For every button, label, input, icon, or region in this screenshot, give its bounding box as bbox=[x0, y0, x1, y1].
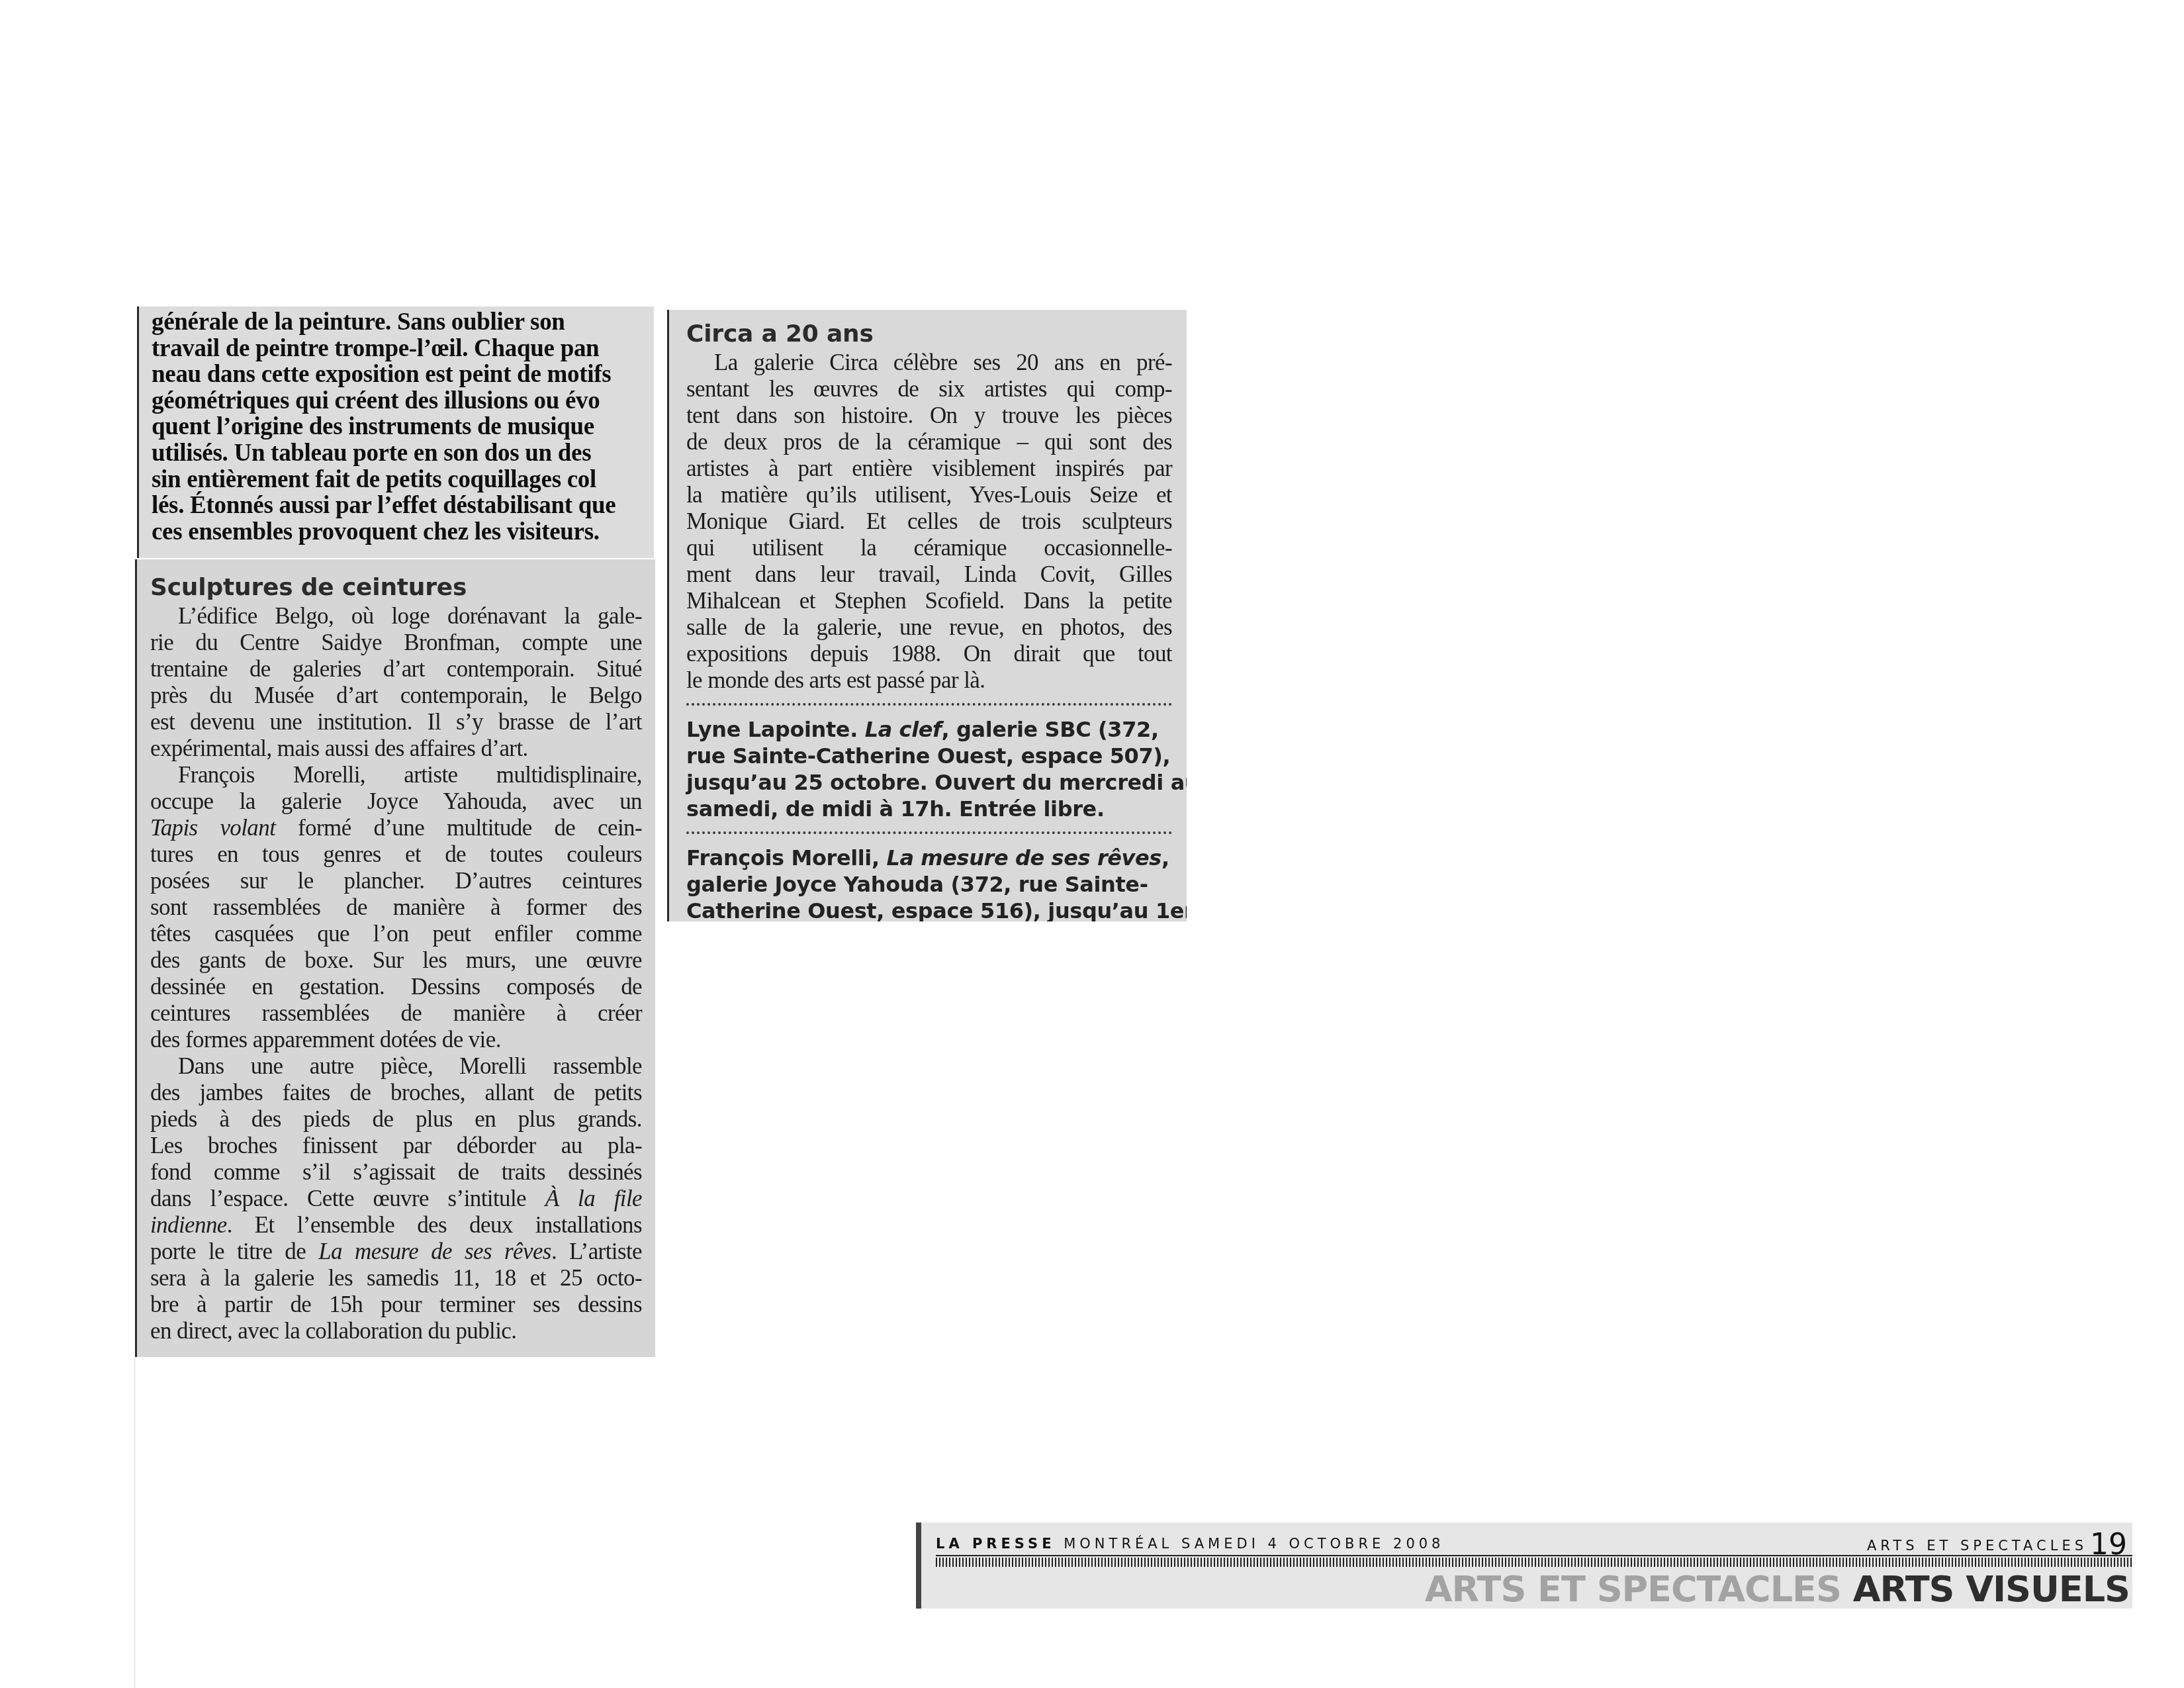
text-line: Mihalcean et Stephen Scofield. Dans la p… bbox=[686, 588, 1172, 614]
page-margin-line bbox=[134, 1357, 135, 1688]
listing-lyne-lapointe: Lyne Lapointe. La clef, galerie SBC (372… bbox=[686, 716, 1172, 822]
text-line: ceintures rassemblées de manière à créer bbox=[150, 1000, 642, 1027]
text-line: quent l’origine des instruments de musiq… bbox=[152, 414, 654, 440]
section-title-grey: ARTS ET SPECTACLES bbox=[1425, 1568, 1841, 1609]
text-line: en direct, avec la collaboration du publ… bbox=[150, 1318, 642, 1344]
text-line: expérimental, mais aussi des affaires d’… bbox=[150, 735, 642, 762]
newspaper-section-header: LA PRESSE MONTRÉAL SAMEDI 4 OCTOBRE 2008… bbox=[916, 1523, 2132, 1609]
text-line: la matière qu’ils utilisent, Yves-Louis … bbox=[686, 482, 1172, 508]
text-line: tent dans son histoire. On y trouve les … bbox=[686, 402, 1172, 429]
text-line: ment dans leur travail, Linda Covit, Gil… bbox=[686, 561, 1172, 588]
section-title-dark: ARTS VISUELS bbox=[1853, 1568, 2130, 1609]
artwork-title: À la file bbox=[545, 1186, 642, 1211]
artwork-title: La mesure de ses rêves bbox=[886, 845, 1161, 870]
text-line: rie du Centre Saidye Bronfman, compte un… bbox=[150, 630, 642, 656]
text-line: sera à la galerie les samedis 11, 18 et … bbox=[150, 1265, 642, 1291]
text-line: artistes à part entière visiblement insp… bbox=[686, 455, 1172, 482]
text-line: travail de peintre trompe-l’œil. Chaque … bbox=[152, 336, 654, 362]
page-number: 19 bbox=[2090, 1528, 2127, 1562]
text-line: des gants de boxe. Sur les murs, une œuv… bbox=[150, 947, 642, 974]
text-line: de deux pros de la céramique – qui sont … bbox=[686, 429, 1172, 455]
article-clipping-sculptures: Sculptures de ceintures L’édifice Belgo,… bbox=[135, 559, 655, 1357]
text-line: lés. Étonnés aussi par l’effet déstabili… bbox=[152, 492, 654, 519]
text-line: trentaine de galeries d’art contemporain… bbox=[150, 656, 642, 682]
section-title: ARTS ET SPECTACLES ARTS VISUELS bbox=[1425, 1570, 2130, 1609]
artwork-title: Tapis volant bbox=[150, 815, 275, 841]
text-line: des formes apparemment dotées de vie. bbox=[150, 1027, 642, 1053]
text-line: Tapis volant formé d’une multitude de ce… bbox=[150, 815, 642, 841]
text-line: têtes casquées que l’on peut enfiler com… bbox=[150, 921, 642, 947]
text-line: bre à partir de 15h pour terminer ses de… bbox=[150, 1291, 642, 1318]
section-label: ARTS ET SPECTACLES19 bbox=[1867, 1528, 2127, 1562]
masthead-dateline: LA PRESSE MONTRÉAL SAMEDI 4 OCTOBRE 2008 bbox=[936, 1536, 1444, 1552]
text-line: L’édifice Belgo, où loge dorénavant la g… bbox=[150, 603, 642, 630]
article-clipping-painting: générale de la peinture. Sans oublier so… bbox=[137, 306, 654, 558]
text-line: géométriques qui créent des illusions ou… bbox=[152, 388, 654, 414]
text-line: ces ensembles provoquent chez les visite… bbox=[152, 519, 654, 545]
text-line: sentant les œuvres de six artistes qui c… bbox=[686, 376, 1172, 402]
text-line: près du Musée d’art contemporain, le Bel… bbox=[150, 682, 642, 709]
artwork-title: La mesure de ses rêves bbox=[318, 1239, 551, 1264]
text-line: dessinée en gestation. Dessins composés … bbox=[150, 974, 642, 1000]
text-line: François Morelli, La mesure de ses rêves… bbox=[686, 845, 1172, 871]
listing-francois-morelli: François Morelli, La mesure de ses rêves… bbox=[686, 845, 1172, 921]
text-line: Dans une autre pièce, Morelli rassemble bbox=[150, 1053, 642, 1080]
text-line: galerie Joyce Yahouda (372, rue Sainte- bbox=[686, 871, 1172, 898]
text-line: tures en tous genres et de toutes couleu… bbox=[150, 841, 642, 868]
text-line: indienne. Et l’ensemble des deux install… bbox=[150, 1212, 642, 1239]
horizontal-rule bbox=[936, 1555, 2132, 1556]
text-line: posées sur le plancher. D’autres ceintur… bbox=[150, 868, 642, 894]
text-line: des jambes faites de broches, allant de … bbox=[150, 1080, 642, 1106]
text-line: utilisés. Un tableau porte en son dos un… bbox=[152, 440, 654, 467]
text-line: neau dans cette exposition est peint de … bbox=[152, 361, 654, 388]
text-line: Les broches finissent par déborder au pl… bbox=[150, 1133, 642, 1159]
text-line: est devenu une institution. Il s’y brass… bbox=[150, 709, 642, 735]
text-line: samedi, de midi à 17h. Entrée libre. bbox=[686, 796, 1172, 822]
newspaper-name: LA PRESSE bbox=[936, 1536, 1056, 1552]
section-heading: Circa a 20 ans bbox=[686, 320, 1172, 348]
text-line: le monde des arts est passé par là. bbox=[686, 667, 1172, 694]
text-line: dans l’espace. Cette œuvre s’intitule À … bbox=[150, 1186, 642, 1212]
text-line: expositions depuis 1988. On dirait que t… bbox=[686, 641, 1172, 667]
text-line: Catherine Ouest, espace 516), jusqu’au 1… bbox=[686, 898, 1172, 921]
article-clipping-circa: Circa a 20 ans La galerie Circa célèbre … bbox=[667, 310, 1187, 921]
dateline: MONTRÉAL SAMEDI 4 OCTOBRE 2008 bbox=[1064, 1536, 1444, 1552]
text-line: salle de la galerie, une revue, en photo… bbox=[686, 614, 1172, 641]
artwork-title: La clef bbox=[865, 717, 942, 742]
barcode-stripe-decoration bbox=[936, 1558, 2132, 1567]
text-line: Monique Giard. Et celles de trois sculpt… bbox=[686, 508, 1172, 535]
text-line: générale de la peinture. Sans oublier so… bbox=[152, 309, 654, 336]
text-line: fond comme s’il s’agissait de traits des… bbox=[150, 1159, 642, 1186]
text-line: qui utilisent la céramique occasionnelle… bbox=[686, 535, 1172, 561]
section-heading: Sculptures de ceintures bbox=[150, 574, 642, 602]
text-line: jusqu’au 25 octobre. Ouvert du mercredi … bbox=[686, 769, 1172, 796]
text-line: La galerie Circa célèbre ses 20 ans en p… bbox=[686, 350, 1172, 376]
text-line: Lyne Lapointe. La clef, galerie SBC (372… bbox=[686, 716, 1172, 743]
text-line: François Morelli, artiste multidisplinai… bbox=[150, 762, 642, 788]
text-line: occupe la galerie Joyce Yahouda, avec un bbox=[150, 788, 642, 815]
text-line: rue Sainte-Catherine Ouest, espace 507), bbox=[686, 743, 1172, 769]
text-line: sin entièrement fait de petits coquillag… bbox=[152, 467, 654, 493]
text-line: sont rassemblées de manière à former des bbox=[150, 894, 642, 921]
dotted-divider bbox=[686, 703, 1172, 706]
artwork-title: indienne bbox=[150, 1212, 227, 1238]
dotted-divider bbox=[686, 831, 1172, 834]
text-line: porte le titre de La mesure de ses rêves… bbox=[150, 1239, 642, 1265]
text-line: pieds à des pieds de plus en plus grands… bbox=[150, 1106, 642, 1133]
